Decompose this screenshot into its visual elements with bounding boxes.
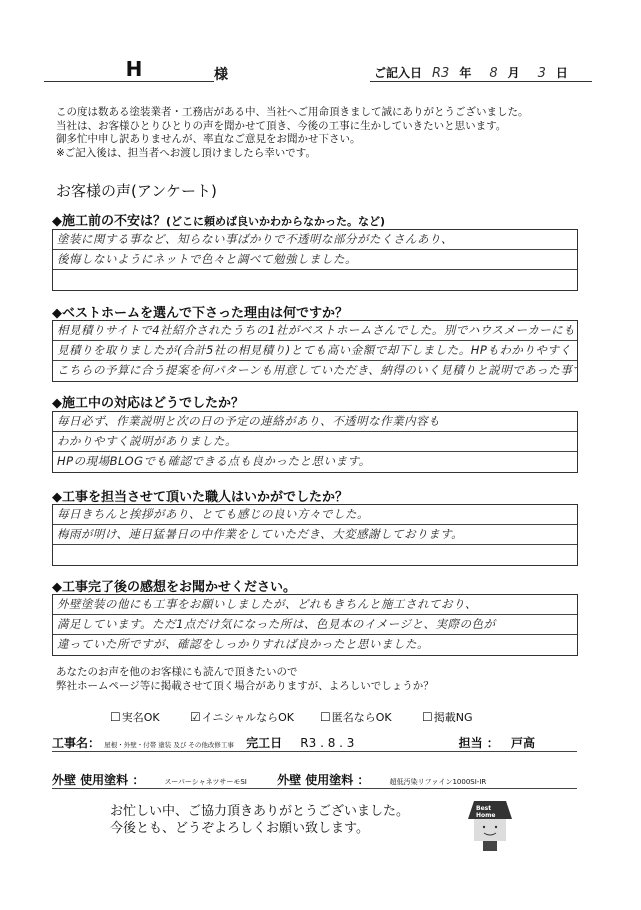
answer-line: 塗装に関する事など、知らない事ばかりで不透明な部分がたくさんあり、	[53, 230, 577, 250]
completion-value: R3 . 8 . 3	[300, 736, 354, 750]
answer-line: 梅雨が明け、連日猛暑日の中作業をしていただき、大変感謝しております。	[53, 525, 577, 545]
answer-line: 外壁塗装の他にも工事をお願いしましたが、どれもきちんと施工されており、	[53, 595, 577, 615]
question-text: ◆施工中の対応はどうでしたか？	[52, 396, 244, 411]
option-label: イニシャルならOK	[202, 709, 294, 725]
paint-info-line: 外壁 使用塗料 ： スーパーシャネツサーモSI 外壁 使用塗料 ： 超低汚染リフ…	[52, 771, 577, 789]
date-label: ご記入日	[374, 64, 422, 81]
answer-line: 満足しています。ただ1点だけ気になった所は、色見本のイメージと、実際の色が	[53, 615, 577, 635]
staff-value: 戸高	[511, 736, 535, 750]
question-label: ◆施工前の不安は？(どこに頼めば良いかわからなかった。など)	[52, 210, 385, 229]
svg-text:Best: Best	[476, 805, 491, 812]
answer-line	[53, 270, 577, 290]
staff-label: 担当 ：	[459, 736, 499, 750]
question-text: ◆ベストホームを選んで下さった理由は何ですか？	[52, 306, 348, 321]
checkbox-icon[interactable]: ☐	[422, 710, 433, 724]
checkbox-icon[interactable]: ☐	[320, 710, 331, 724]
option-anonymous[interactable]: ☐ 匿名ならOK	[320, 709, 422, 725]
checkbox-icon[interactable]: ☐	[110, 710, 121, 724]
best-home-mascot-icon: Best Home	[466, 799, 514, 855]
checkbox-checked-icon[interactable]: ☑	[190, 710, 201, 724]
answer-line: 見積りを取りましたが(合計5社の相見積り)とても高い金額で却下しました。HPもわ…	[53, 341, 577, 361]
answer-line: HPの現場BLOGでも確認できる点も良かったと思います。	[53, 452, 577, 472]
intro-text: この度は数ある塗装業者・工務店がある中、当社へご用命頂きまして誠にありがとうござ…	[56, 106, 529, 160]
question-label: ◆工事完了後の感想をお聞かせください。	[52, 576, 296, 595]
honorific: 様	[214, 64, 228, 84]
completion-label: 完工日	[246, 736, 282, 750]
answer-box: 塗装に関する事など、知らない事ばかりで不透明な部分がたくさんあり、 後悔しないよ…	[52, 229, 578, 291]
question-label: ◆施工中の対応はどうでしたか？	[52, 392, 244, 411]
answer-line: わかりやすく説明がありました。	[53, 432, 577, 452]
option-initials[interactable]: ☑ イニシャルならOK	[190, 709, 320, 725]
intro-line: この度は数ある塗装業者・工務店がある中、当社へご用命頂きまして誠にありがとうござ…	[56, 106, 529, 120]
work-name-label: 工事名：	[52, 736, 100, 750]
year-label: 年	[459, 64, 471, 81]
answer-line	[53, 545, 577, 565]
work-info-line: 工事名： 屋根・外壁・付帯 塗装 及び その他改修工事 完工日 R3 . 8 .…	[52, 734, 577, 752]
answer-line: 毎日必ず、作業説明と次の日の予定の連絡があり、不透明な作業内容も	[53, 412, 577, 432]
customer-name-field: H	[44, 58, 214, 82]
consent-options: ☐ 実名OK ☑ イニシャルならOK ☐ 匿名ならOK ☐ 掲載NG	[110, 709, 473, 725]
date-day: 3	[538, 66, 546, 81]
question-subtext: (どこに頼めば良いかわからなかった。など)	[166, 215, 385, 228]
answer-line: 違っていた所ですが、確認をしっかりすれば良かったと思いました。	[53, 635, 577, 655]
paint-value-1: スーパーシャネツサーモSI	[165, 778, 247, 786]
intro-line: ※ご記入後は、担当者へお渡し頂けましたら幸いです。	[56, 147, 529, 161]
entry-date-field: ご記入日 R3 年 8 月 3 日	[370, 62, 592, 82]
intro-line: 御多忙中申し訳ありませんが、率直なご意見をお聞かせ下さい。	[56, 133, 529, 147]
question-text: ◆施工前の不安は？	[52, 214, 166, 229]
answer-line: 後悔しないようにネットで色々と調べて勉強しました。	[53, 250, 577, 270]
question-label: ◆工事を担当させて頂いた職人はいかがでしたか？	[52, 486, 348, 505]
answer-box: 毎日必ず、作業説明と次の日の予定の連絡があり、不透明な作業内容も わかりやすく説…	[52, 411, 578, 473]
closing-message: お忙しい中、ご協力頂きありがとうございました。 今後とも、どうぞよろしくお願い致…	[110, 803, 409, 837]
answer-line: こちらの予算に合う提案を何パターンも用意していただき、納得のいく見積りと説明であ…	[53, 361, 577, 381]
customer-name: H	[116, 57, 143, 81]
option-no-publish[interactable]: ☐ 掲載NG	[422, 709, 473, 725]
option-real-name[interactable]: ☐ 実名OK	[110, 709, 190, 725]
answer-box: 外壁塗装の他にも工事をお願いしましたが、どれもきちんと施工されており、 満足して…	[52, 594, 578, 656]
paint-value-2: 超低汚染リファイン1000SI-IR	[390, 778, 487, 786]
intro-line: 当社は、お客様ひとりひとりの声を聞かせて頂き、今後の工事に生かしていきたいと思い…	[56, 120, 529, 134]
survey-title: お客様の声(アンケート)	[56, 180, 217, 201]
consent-line: 弊社ホームページ等に掲載させて頂く場合がありますが、よろしいでしょうか？	[56, 679, 434, 693]
paint-label-1: 外壁 使用塗料 ：	[52, 773, 144, 787]
question-text: ◆工事完了後の感想をお聞かせください。	[52, 580, 296, 595]
answer-line: 毎日きちんと挨拶があり、とても感じの良い方々でした。	[53, 505, 577, 525]
date-month: 8	[489, 66, 497, 81]
answer-box: 相見積りサイトで4社紹介されたうちの1社がベストホームさんでした。別でハウスメー…	[52, 320, 578, 382]
svg-text:Home: Home	[476, 812, 495, 819]
work-name-value: 屋根・外壁・付帯 塗装 及び その他改修工事	[104, 741, 234, 749]
closing-line: お忙しい中、ご協力頂きありがとうございました。	[110, 803, 409, 820]
consent-line: あなたのお声を他のお客様にも読んで頂きたいので	[56, 665, 434, 679]
answer-line: 相見積りサイトで4社紹介されたうちの1社がベストホームさんでした。別でハウスメー…	[53, 321, 577, 341]
consent-text: あなたのお声を他のお客様にも読んで頂きたいので 弊社ホームページ等に掲載させて頂…	[56, 665, 434, 693]
answer-box: 毎日きちんと挨拶があり、とても感じの良い方々でした。 梅雨が明け、連日猛暑日の中…	[52, 504, 578, 566]
paint-label-2: 外壁 使用塗料 ：	[277, 773, 369, 787]
day-label: 日	[556, 64, 568, 81]
option-label: 実名OK	[122, 709, 160, 725]
month-label: 月	[508, 64, 520, 81]
date-era-year: R3	[432, 66, 449, 81]
question-label: ◆ベストホームを選んで下さった理由は何ですか？	[52, 302, 348, 321]
closing-line: 今後とも、どうぞよろしくお願い致します。	[110, 820, 409, 837]
question-text: ◆工事を担当させて頂いた職人はいかがでしたか？	[52, 490, 348, 505]
option-label: 匿名ならOK	[332, 709, 392, 725]
option-label: 掲載NG	[434, 709, 473, 725]
